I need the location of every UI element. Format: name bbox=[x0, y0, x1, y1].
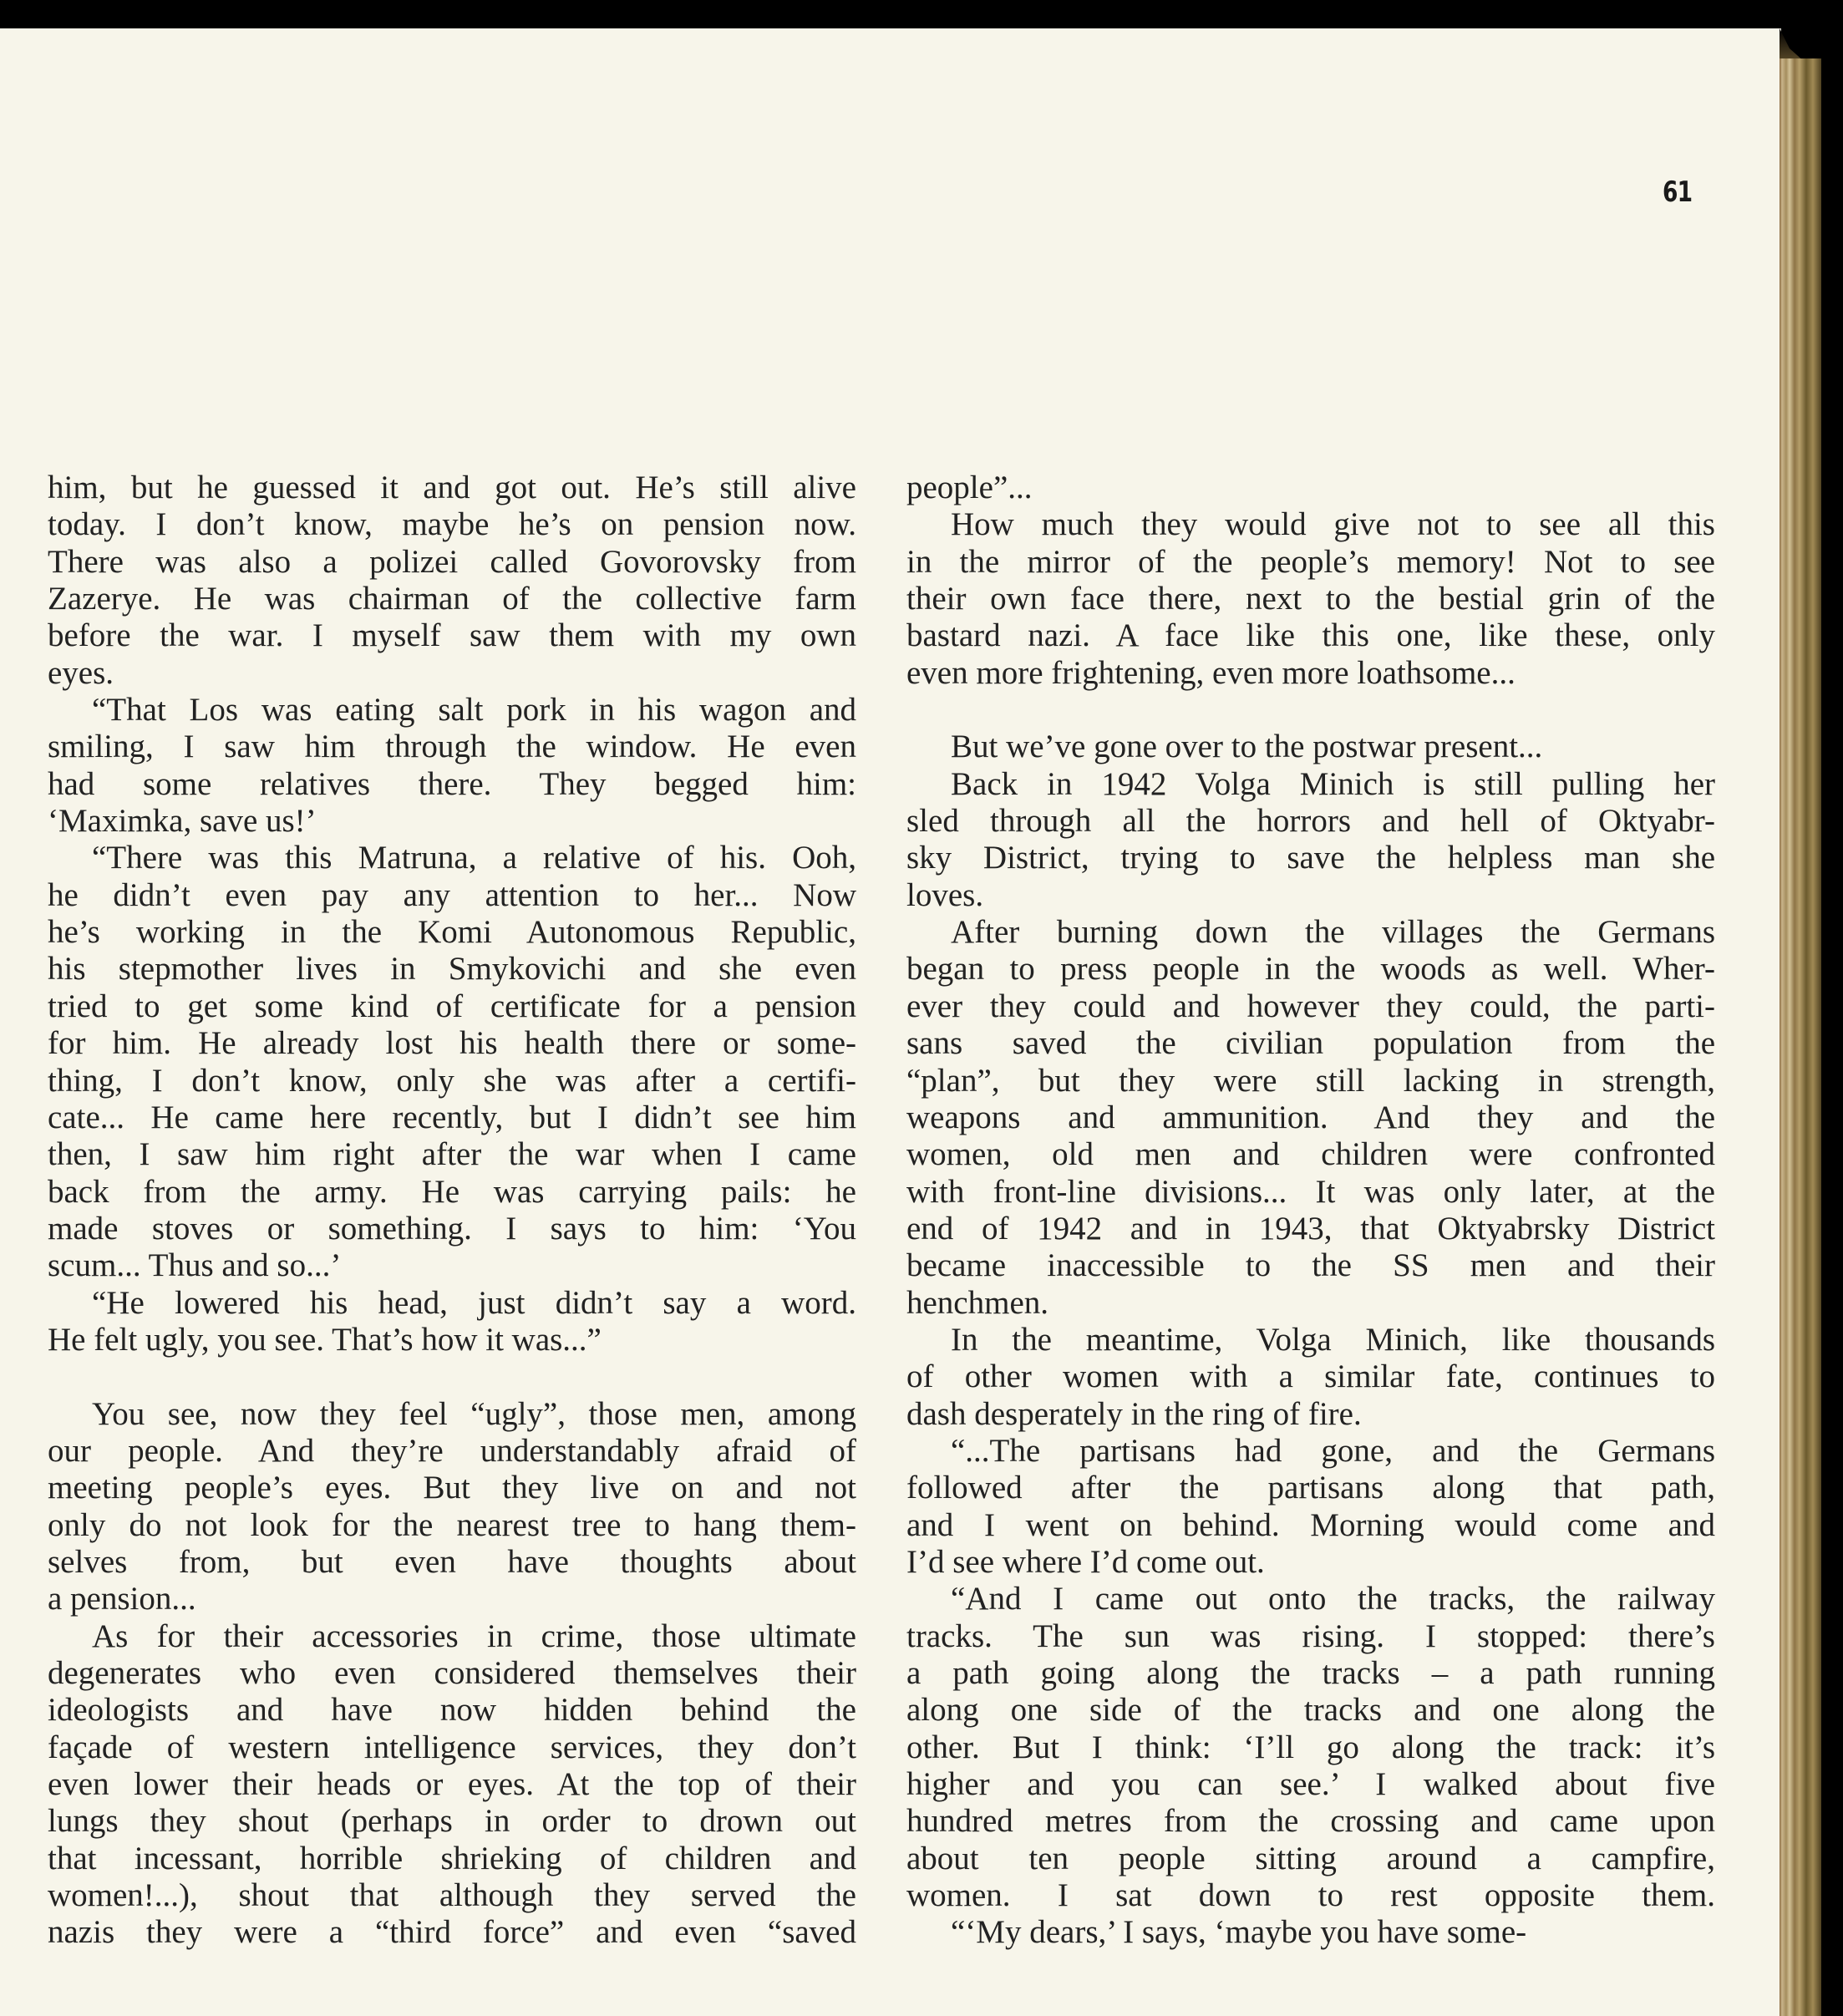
text-line: ideologists and have now hidden behind t… bbox=[48, 1692, 856, 1729]
text-line: he’s working in the Komi Autonomous Repu… bbox=[48, 914, 856, 951]
text-line: along one side of the tracks and one alo… bbox=[906, 1692, 1715, 1729]
text-line: After burning down the villages the Germ… bbox=[906, 914, 1715, 951]
text-line: tried to get some kind of certificate fo… bbox=[48, 988, 856, 1025]
text-line: As for their accessories in crime, those… bbox=[48, 1618, 856, 1655]
right-text-column: people”...How much they would give not t… bbox=[906, 470, 1715, 1952]
text-line: ever they could and however they could, … bbox=[906, 988, 1715, 1025]
paragraph-spacer bbox=[48, 1358, 856, 1395]
text-line: dash desperately in the ring of fire. bbox=[906, 1396, 1715, 1433]
text-line: Back in 1942 Volga Minich is still pulli… bbox=[906, 766, 1715, 803]
text-line: sky District, trying to save the helples… bbox=[906, 840, 1715, 876]
text-line: There was also a polizei called Govorovs… bbox=[48, 544, 856, 581]
text-line: had some relatives there. They begged hi… bbox=[48, 766, 856, 803]
text-line: a pension... bbox=[48, 1581, 856, 1617]
text-line: “‘My dears,’ I says, ‘maybe you have som… bbox=[906, 1914, 1715, 1951]
text-line: with front-line divisions... It was only… bbox=[906, 1174, 1715, 1211]
text-line: degenerates who even considered themselv… bbox=[48, 1655, 856, 1692]
text-line: and I went on behind. Morning would come… bbox=[906, 1507, 1715, 1544]
text-line: their own face there, next to the bestia… bbox=[906, 581, 1715, 617]
text-line: tracks. The sun was rising. I stopped: t… bbox=[906, 1618, 1715, 1655]
text-line: women!...), shout that although they ser… bbox=[48, 1877, 856, 1914]
text-line: lungs they shout (perhaps in order to dr… bbox=[48, 1803, 856, 1840]
text-line: eyes. bbox=[48, 655, 856, 692]
text-line: sled through all the horrors and hell of… bbox=[906, 803, 1715, 840]
text-line: end of 1942 and in 1943, that Oktyabrsky… bbox=[906, 1211, 1715, 1247]
text-line: began to press people in the woods as we… bbox=[906, 951, 1715, 988]
paragraph-spacer bbox=[906, 692, 1715, 729]
text-line: today. I don’t know, maybe he’s on pensi… bbox=[48, 506, 856, 543]
text-line: our people. And they’re understandably a… bbox=[48, 1433, 856, 1470]
book-page-edges bbox=[1780, 58, 1821, 2016]
text-line: He felt ugly, you see. That’s how it was… bbox=[48, 1322, 856, 1358]
page-number: 61 bbox=[1663, 175, 1692, 209]
text-line: that incessant, horrible shrieking of ch… bbox=[48, 1841, 856, 1877]
text-line: people”... bbox=[906, 470, 1715, 506]
text-line: about ten people sitting around a campfi… bbox=[906, 1841, 1715, 1877]
text-line: other. But I think: ‘I’ll go along the t… bbox=[906, 1729, 1715, 1766]
text-line: even more frightening, even more loathso… bbox=[906, 655, 1715, 692]
text-line: made stoves or something. I says to him:… bbox=[48, 1211, 856, 1247]
text-line: thing, I don’t know, only she was after … bbox=[48, 1063, 856, 1099]
text-line: women, old men and children were confron… bbox=[906, 1136, 1715, 1173]
page-edge-corner bbox=[1780, 28, 1805, 62]
text-line: loves. bbox=[906, 877, 1715, 914]
text-line: How much they would give not to see all … bbox=[906, 506, 1715, 543]
scan-top-border bbox=[0, 0, 1843, 30]
text-line: smiling, I saw him through the window. H… bbox=[48, 729, 856, 765]
text-line: became inaccessible to the SS men and th… bbox=[906, 1247, 1715, 1284]
text-line: In the meantime, Volga Minich, like thou… bbox=[906, 1322, 1715, 1358]
text-line: You see, now they feel “ugly”, those men… bbox=[48, 1396, 856, 1433]
text-line: women. I sat down to rest opposite them. bbox=[906, 1877, 1715, 1914]
text-line: ‘Maximka, save us!’ bbox=[48, 803, 856, 840]
text-line: hundred metres from the crossing and cam… bbox=[906, 1803, 1715, 1840]
text-line: “plan”, but they were still lacking in s… bbox=[906, 1063, 1715, 1099]
text-line: a path going along the tracks – a path r… bbox=[906, 1655, 1715, 1692]
text-line: “He lowered his head, just didn’t say a … bbox=[48, 1285, 856, 1322]
text-line: “...The partisans had gone, and the Germ… bbox=[906, 1433, 1715, 1470]
text-line: cate... He came here recently, but I did… bbox=[48, 1099, 856, 1136]
text-line: weapons and ammunition. And they and the bbox=[906, 1099, 1715, 1136]
text-line: nazis they were a “third force” and even… bbox=[48, 1914, 856, 1951]
text-line: Zazerye. He was chairman of the collecti… bbox=[48, 581, 856, 617]
text-line: I’d see where I’d come out. bbox=[906, 1544, 1715, 1581]
text-line: sans saved the civilian population from … bbox=[906, 1025, 1715, 1062]
book-page: 61 him, but he guessed it and got out. H… bbox=[0, 28, 1781, 2016]
text-line: selves from, but even have thoughts abou… bbox=[48, 1544, 856, 1581]
text-line: then, I saw him right after the war when… bbox=[48, 1136, 856, 1173]
text-line: even lower their heads or eyes. At the t… bbox=[48, 1766, 856, 1803]
left-text-column: him, but he guessed it and got out. He’s… bbox=[48, 470, 856, 1952]
text-line: “That Los was eating salt pork in his wa… bbox=[48, 692, 856, 729]
text-line: henchmen. bbox=[906, 1285, 1715, 1322]
text-line: his stepmother lives in Smykovichi and s… bbox=[48, 951, 856, 988]
text-line: him, but he guessed it and got out. He’s… bbox=[48, 470, 856, 506]
text-line: “And I came out onto the tracks, the rai… bbox=[906, 1581, 1715, 1617]
text-line: bastard nazi. A face like this one, like… bbox=[906, 617, 1715, 654]
text-line: he didn’t even pay any attention to her.… bbox=[48, 877, 856, 914]
text-line: followed after the partisans along that … bbox=[906, 1470, 1715, 1506]
text-line: façade of western intelligence services,… bbox=[48, 1729, 856, 1766]
text-line: before the war. I myself saw them with m… bbox=[48, 617, 856, 654]
text-line: only do not look for the nearest tree to… bbox=[48, 1507, 856, 1544]
text-line: back from the army. He was carrying pail… bbox=[48, 1174, 856, 1211]
text-line: “There was this Matruna, a relative of h… bbox=[48, 840, 856, 876]
text-line: scum... Thus and so...’ bbox=[48, 1247, 856, 1284]
text-line: meeting people’s eyes. But they live on … bbox=[48, 1470, 856, 1506]
text-line: for him. He already lost his health ther… bbox=[48, 1025, 856, 1062]
text-line: But we’ve gone over to the postwar prese… bbox=[906, 729, 1715, 765]
text-line: of other women with a similar fate, cont… bbox=[906, 1358, 1715, 1395]
text-line: higher and you can see.’ I walked about … bbox=[906, 1766, 1715, 1803]
text-line: in the mirror of the people’s memory! No… bbox=[906, 544, 1715, 581]
